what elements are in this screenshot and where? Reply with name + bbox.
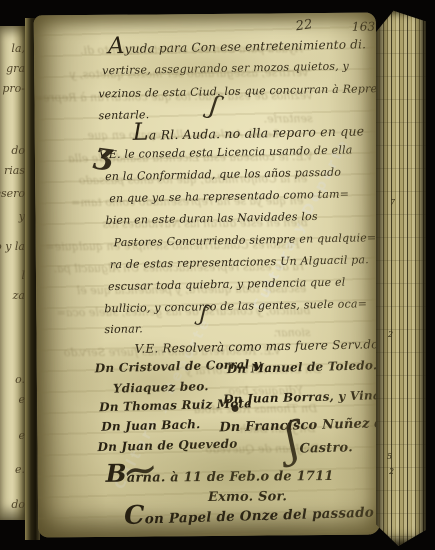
facing-page-text-fragment: la, (11, 42, 25, 55)
signature: Dn Juan de Quevedo (97, 437, 237, 455)
manuscript-line: en que ya se ha representado como tam= (109, 188, 349, 206)
pen-flourish: ʃ (208, 95, 221, 117)
signature: Dn Juan Bach. (101, 417, 200, 434)
manuscript-line: sionar. (104, 322, 143, 336)
manuscript-line: en la Conformidad, que los años passado (105, 166, 341, 184)
showthrough-line: sionar. (273, 326, 310, 339)
pen-flourishes: 22ʃʒʃ●ʃ~ (34, 13, 376, 16)
signature: Dn Manuel de Toledo. (227, 358, 378, 376)
manuscript-photo: la,grapro-doriasteseroylo y lalzao.eee.d… (0, 0, 435, 550)
facing-page-text-fragment: lo y la (0, 240, 25, 253)
fore-edge-mark: 5 (387, 452, 392, 461)
manuscript-page: Ayuda para Con ese entretenimiento di.ve… (34, 13, 381, 538)
facing-page-text-fragment: pro- (2, 82, 25, 95)
manuscript-line: Pastores Concurriendo siempre en qualqui… (114, 231, 377, 249)
fore-edge-mark: 2 (389, 467, 394, 476)
facing-page-text-fragment: za (13, 289, 25, 302)
manuscript-line: La Rl. Auda. no alla reparo en que (133, 120, 365, 142)
manuscript-line: vezinos de esta Ciud. los que concurran … (98, 82, 380, 101)
salutation: Exmo. Sor. (208, 489, 287, 505)
fore-edge-mark: 7 (390, 198, 395, 207)
signature: Dn Juan Borras, y Vinals (223, 388, 380, 406)
facing-page-text-fragment: gra (6, 62, 25, 75)
manuscript-line: ra de estas representaciones Un Alguacil… (110, 253, 369, 271)
manuscript-line: escusar toda quiebra, y pendencia que el (108, 276, 346, 294)
manuscript-line: V.E. le conseda esta Licencia usando de … (99, 143, 353, 161)
folio-number: 163. (352, 19, 380, 33)
manuscript-line: bullicio, y concurso de las gentes, suel… (104, 297, 367, 315)
signature: Dn Francisco Nuñez de (219, 416, 380, 436)
dateline: Barna. à 11 de Feb.o de 1711 (106, 465, 334, 486)
manuscript-line: vertirse, assegurando ser mozos quietos,… (102, 59, 349, 77)
signature: Ydiaquez beo. (113, 379, 209, 395)
signatures-left-column: Dn Cristoval de Corral yYdiaquez beo.Dn … (34, 13, 376, 16)
manuscript-line: V.E. Resolverà como mas fuere Serv.do (135, 337, 379, 356)
facing-page-text-fragment: tesero (0, 187, 25, 200)
book-fore-edge: 7252 (376, 8, 426, 546)
manuscript-line: Ayuda para Con ese entretenimiento di. (108, 35, 366, 56)
manuscript-line: bien en este duran las Navidades los (105, 210, 317, 227)
facing-page-text-fragment: do (11, 498, 25, 511)
fore-edge-mark: 2 (388, 330, 393, 339)
signature: Castro. (299, 440, 353, 456)
facing-page-text-fragment: e. (15, 463, 25, 476)
pen-flourish: ʒ (93, 142, 113, 168)
manuscript-text: Ayuda para Con ese entretenimiento di.ve… (34, 13, 376, 16)
facing-page-text-fragment: o. (15, 373, 25, 386)
facing-page-edge: la,grapro-doriasteseroylo y lalzao.eee.d… (0, 26, 27, 520)
facing-page-text-fragment: rias (4, 164, 25, 177)
signatures-right-column: Dn Manuel de Toledo.Dn Juan Borras, y Vi… (34, 13, 376, 16)
pen-flourish: 22 (295, 20, 313, 33)
facing-page-text-fragment: do (11, 144, 25, 157)
